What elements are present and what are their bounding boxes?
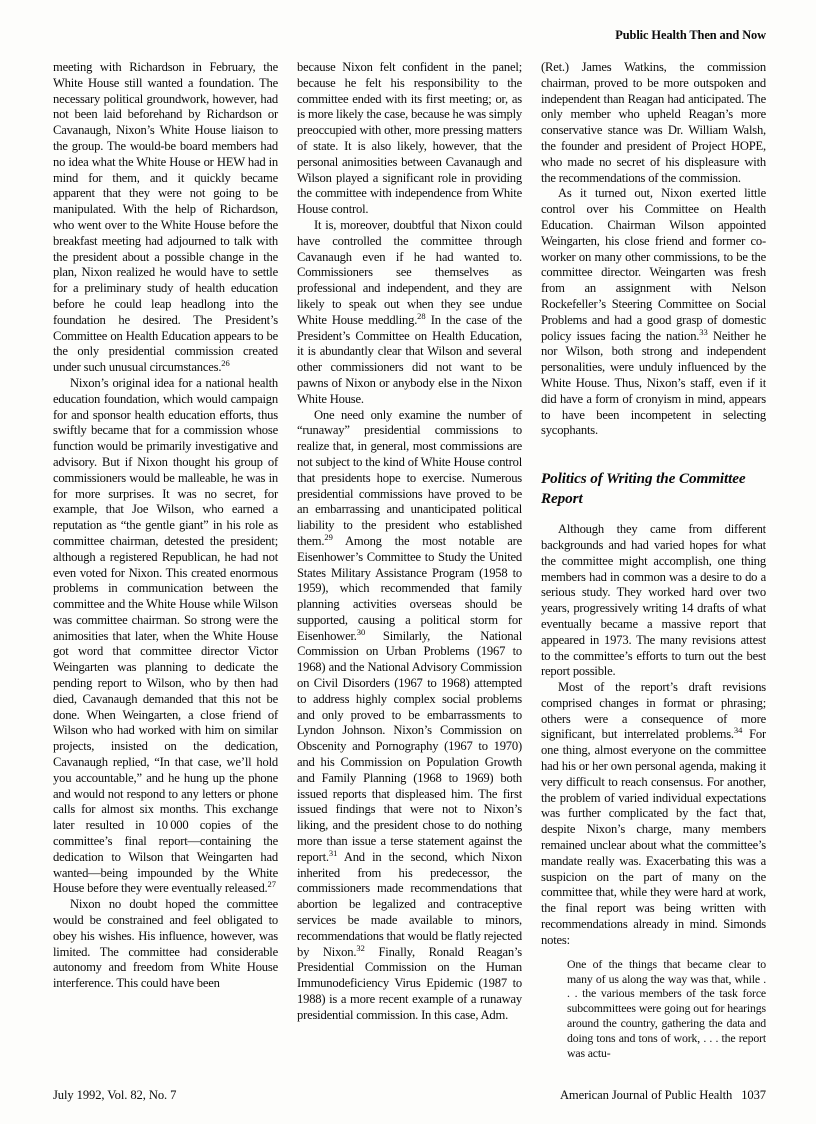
paragraph: It is, moreover, doubtful that Nixon cou… bbox=[297, 218, 522, 408]
section-heading: Politics of Writing the Committee Report bbox=[541, 469, 766, 508]
text-column-3: (Ret.) James Watkins, the commission cha… bbox=[541, 60, 766, 1088]
footnote-ref: 33 bbox=[699, 326, 708, 336]
footnote-ref: 31 bbox=[329, 848, 338, 858]
footnote-ref: 27 bbox=[267, 879, 276, 889]
footnote-ref: 28 bbox=[417, 311, 426, 321]
paragraph: meeting with Richardson in February, the… bbox=[53, 60, 278, 376]
footer-issue-info: July 1992, Vol. 82, No. 7 bbox=[53, 1088, 176, 1103]
footnote-ref: 29 bbox=[324, 532, 333, 542]
paragraph: Although they came from different backgr… bbox=[541, 522, 766, 680]
paragraph: As it turned out, Nixon exerted little c… bbox=[541, 186, 766, 439]
running-head: Public Health Then and Now bbox=[615, 28, 766, 43]
article-body: meeting with Richardson in February, the… bbox=[53, 60, 766, 1088]
paragraph: Most of the report’s draft revisions com… bbox=[541, 680, 766, 949]
text-column-2: because Nixon felt confident in the pane… bbox=[297, 60, 522, 1088]
text-column-1: meeting with Richardson in February, the… bbox=[53, 60, 278, 1088]
footnote-ref: 34 bbox=[734, 725, 743, 735]
footnote-ref: 26 bbox=[221, 358, 230, 368]
journal-page: Public Health Then and Now meeting with … bbox=[0, 0, 816, 1124]
paragraph: because Nixon felt confident in the pane… bbox=[297, 60, 522, 218]
paragraph: One need only examine the number of “run… bbox=[297, 408, 522, 1024]
paragraph: Nixon no doubt hoped the committee would… bbox=[53, 897, 278, 992]
page-footer: July 1992, Vol. 82, No. 7 American Journ… bbox=[53, 1088, 766, 1103]
footer-journal-info: American Journal of Public Health1037 bbox=[560, 1088, 766, 1103]
paragraph: Nixon’s original idea for a national hea… bbox=[53, 376, 278, 897]
footnote-ref: 30 bbox=[357, 627, 366, 637]
footer-journal-title: American Journal of Public Health bbox=[560, 1088, 732, 1102]
paragraph: (Ret.) James Watkins, the commission cha… bbox=[541, 60, 766, 186]
block-quote: One of the things that became clear to m… bbox=[567, 957, 766, 1061]
footnote-ref: 32 bbox=[356, 942, 365, 952]
footer-page-number: 1037 bbox=[741, 1088, 766, 1102]
